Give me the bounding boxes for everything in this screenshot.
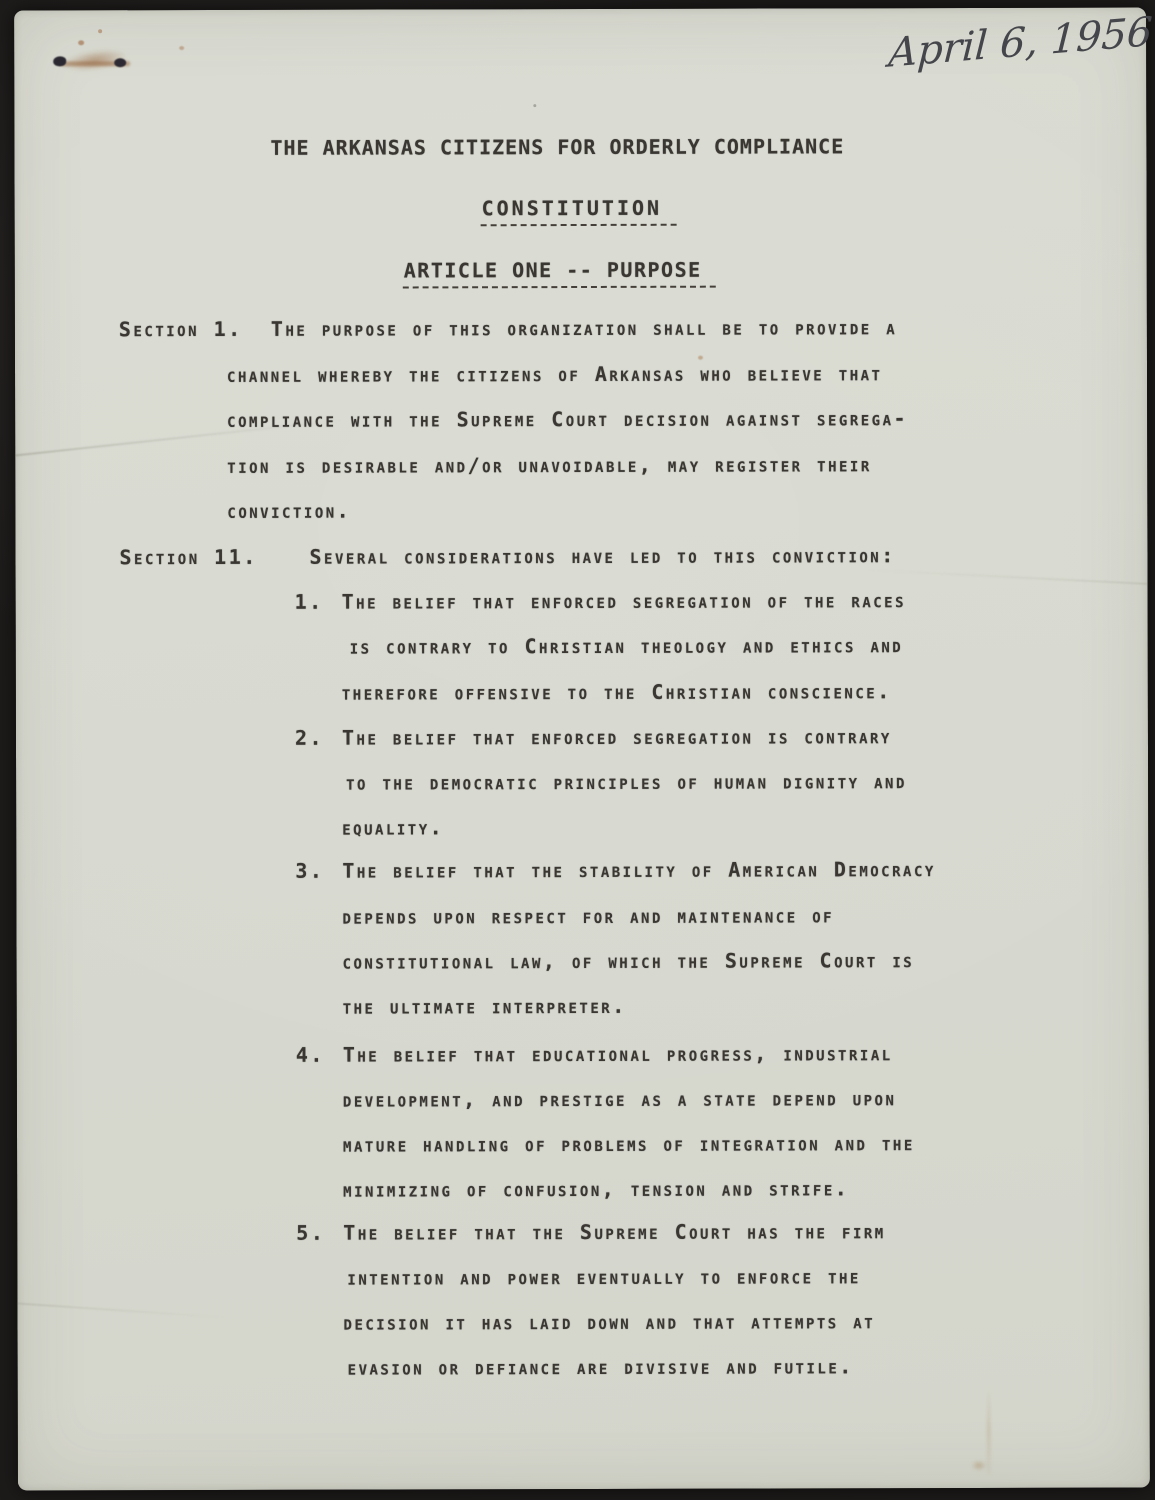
stain-mark	[60, 61, 130, 66]
stain-dot	[533, 104, 536, 107]
item-3-line-1: The belief that the stability of America…	[342, 857, 936, 883]
paper-crease	[17, 1302, 227, 1318]
item-2-line-2: to the democratic principles of human di…	[346, 769, 907, 794]
section-1-line-4: tion is desirable and/or unavoidable, ma…	[227, 452, 872, 478]
section-1-line-2: channel whereby the citizens of Arkansas…	[227, 361, 883, 387]
item-5-line-2: intention and power eventually to enforc…	[347, 1264, 861, 1289]
article-one-heading: ARTICLE ONE -- PURPOSE	[403, 258, 716, 289]
item-3-line-3: constitutional law, of which the Supreme…	[343, 948, 915, 973]
item-2-number: 2.	[295, 726, 324, 750]
item-5-line-4: evasion or defiance are divisive and fut…	[348, 1354, 854, 1379]
stain-mark	[61, 46, 129, 75]
section-1-line-1: The purpose of this organization shall b…	[271, 315, 897, 341]
item-4-line-1: The belief that educational progress, in…	[343, 1041, 893, 1066]
section-1-line-3: compliance with the Supreme Court decisi…	[227, 406, 908, 432]
section-11-label: Section 11.	[119, 545, 257, 569]
section-1-line-5: conviction.	[227, 499, 351, 523]
item-2-line-3: equality.	[342, 815, 444, 839]
item-3-number: 3.	[295, 859, 324, 883]
item-5-number: 5.	[296, 1221, 325, 1245]
constitution-heading: CONSTITUTION	[481, 196, 677, 227]
item-1-line-2: is contrary to Christian theology and et…	[350, 633, 904, 658]
stain-dot	[698, 356, 703, 360]
item-5-line-1: The belief that the Supreme Court has th…	[343, 1219, 886, 1244]
item-1-line-3: therefore offensive to the Christian con…	[342, 679, 892, 704]
ink-blot	[53, 56, 66, 66]
item-3-line-2: depends upon respect for and maintenance…	[342, 903, 834, 928]
stain-dot	[98, 29, 102, 33]
stain-streak	[987, 1386, 991, 1474]
document-page: April 6, 1956 THE ARKANSAS CITIZENS FOR …	[14, 8, 1150, 1491]
item-4-line-2: development, and prestige as a state dep…	[343, 1086, 897, 1111]
handwritten-date: April 6, 1956	[887, 9, 1153, 77]
section-11-line-1: Several considerations have led to this …	[309, 543, 895, 569]
item-2-line-1: The belief that enforced segregation is …	[342, 724, 892, 749]
item-4-line-4: minimizing of confusion, tension and str…	[343, 1176, 849, 1201]
document-title: THE ARKANSAS CITIZENS FOR ORDERLY COMPLI…	[270, 134, 844, 160]
item-4-line-3: mature handling of problems of integrati…	[343, 1131, 915, 1156]
item-3-line-4: the ultimate interpreter.	[343, 994, 627, 1019]
item-1-number: 1.	[295, 590, 324, 614]
stain-dot	[971, 1460, 987, 1471]
stain-dot	[179, 46, 184, 50]
scan-backdrop: April 6, 1956 THE ARKANSAS CITIZENS FOR …	[0, 0, 1155, 1500]
item-5-line-3: decision it has laid down and that attem…	[343, 1309, 875, 1334]
item-4-number: 4.	[296, 1043, 325, 1067]
ink-blot	[114, 58, 126, 67]
paper-crease	[866, 569, 1148, 585]
section-1-label: Section 1.	[119, 317, 243, 341]
stain-dot	[78, 40, 84, 45]
item-1-line-1: The belief that enforced segregation of …	[342, 588, 906, 613]
